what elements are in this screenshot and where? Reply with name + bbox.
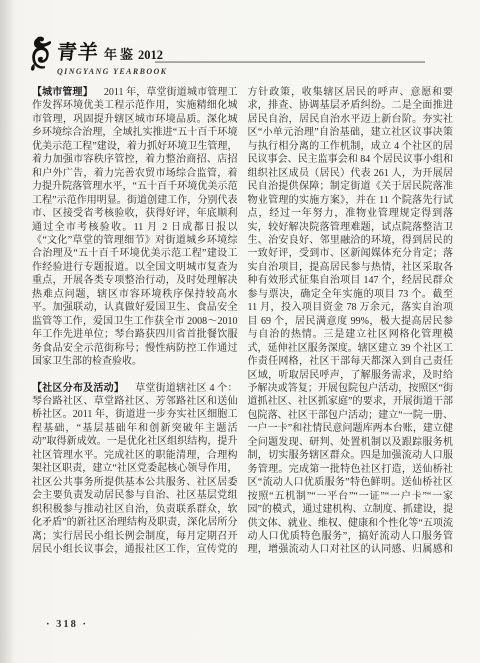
yearbook-logo: 青羊 年鉴 2012 QINGYANG YEARBOOK bbox=[30, 36, 450, 77]
section-heading: 【城市管理】 bbox=[32, 87, 93, 98]
page-header: 青羊 年鉴 2012 QINGYANG YEARBOOK bbox=[30, 36, 450, 80]
section-heading: 【社区分布及活动】 bbox=[32, 383, 124, 394]
section-body: 2011 年，草堂街道城市管理工作发挥环境优美工程示范作用，实施精细化城市管理，… bbox=[32, 87, 238, 367]
goat-mascot-icon bbox=[30, 36, 54, 77]
logo-subtitle: QINGYANG YEARBOOK bbox=[57, 67, 167, 76]
scan-edge-shade bbox=[0, 0, 14, 663]
logo-title: 青羊 bbox=[55, 36, 100, 65]
yearbook-page: 青羊 年鉴 2012 QINGYANG YEARBOOK 【城市管理】2011 … bbox=[0, 0, 480, 663]
header-rule bbox=[155, 61, 425, 63]
logo-title-row: 青羊 年鉴 2012 bbox=[57, 36, 167, 65]
section-city-management: 【城市管理】2011 年，草堂街道城市管理工作发挥环境优美工程示范作用，实施精细… bbox=[32, 86, 238, 369]
logo-yearbook-word: 年鉴 bbox=[104, 44, 136, 63]
article-columns: 【城市管理】2011 年，草堂街道城市管理工作发挥环境优美工程示范作用，实施精细… bbox=[32, 86, 453, 568]
page-number: · 318 · bbox=[46, 619, 88, 630]
logo-text: 青羊 年鉴 2012 QINGYANG YEARBOOK bbox=[57, 36, 167, 76]
